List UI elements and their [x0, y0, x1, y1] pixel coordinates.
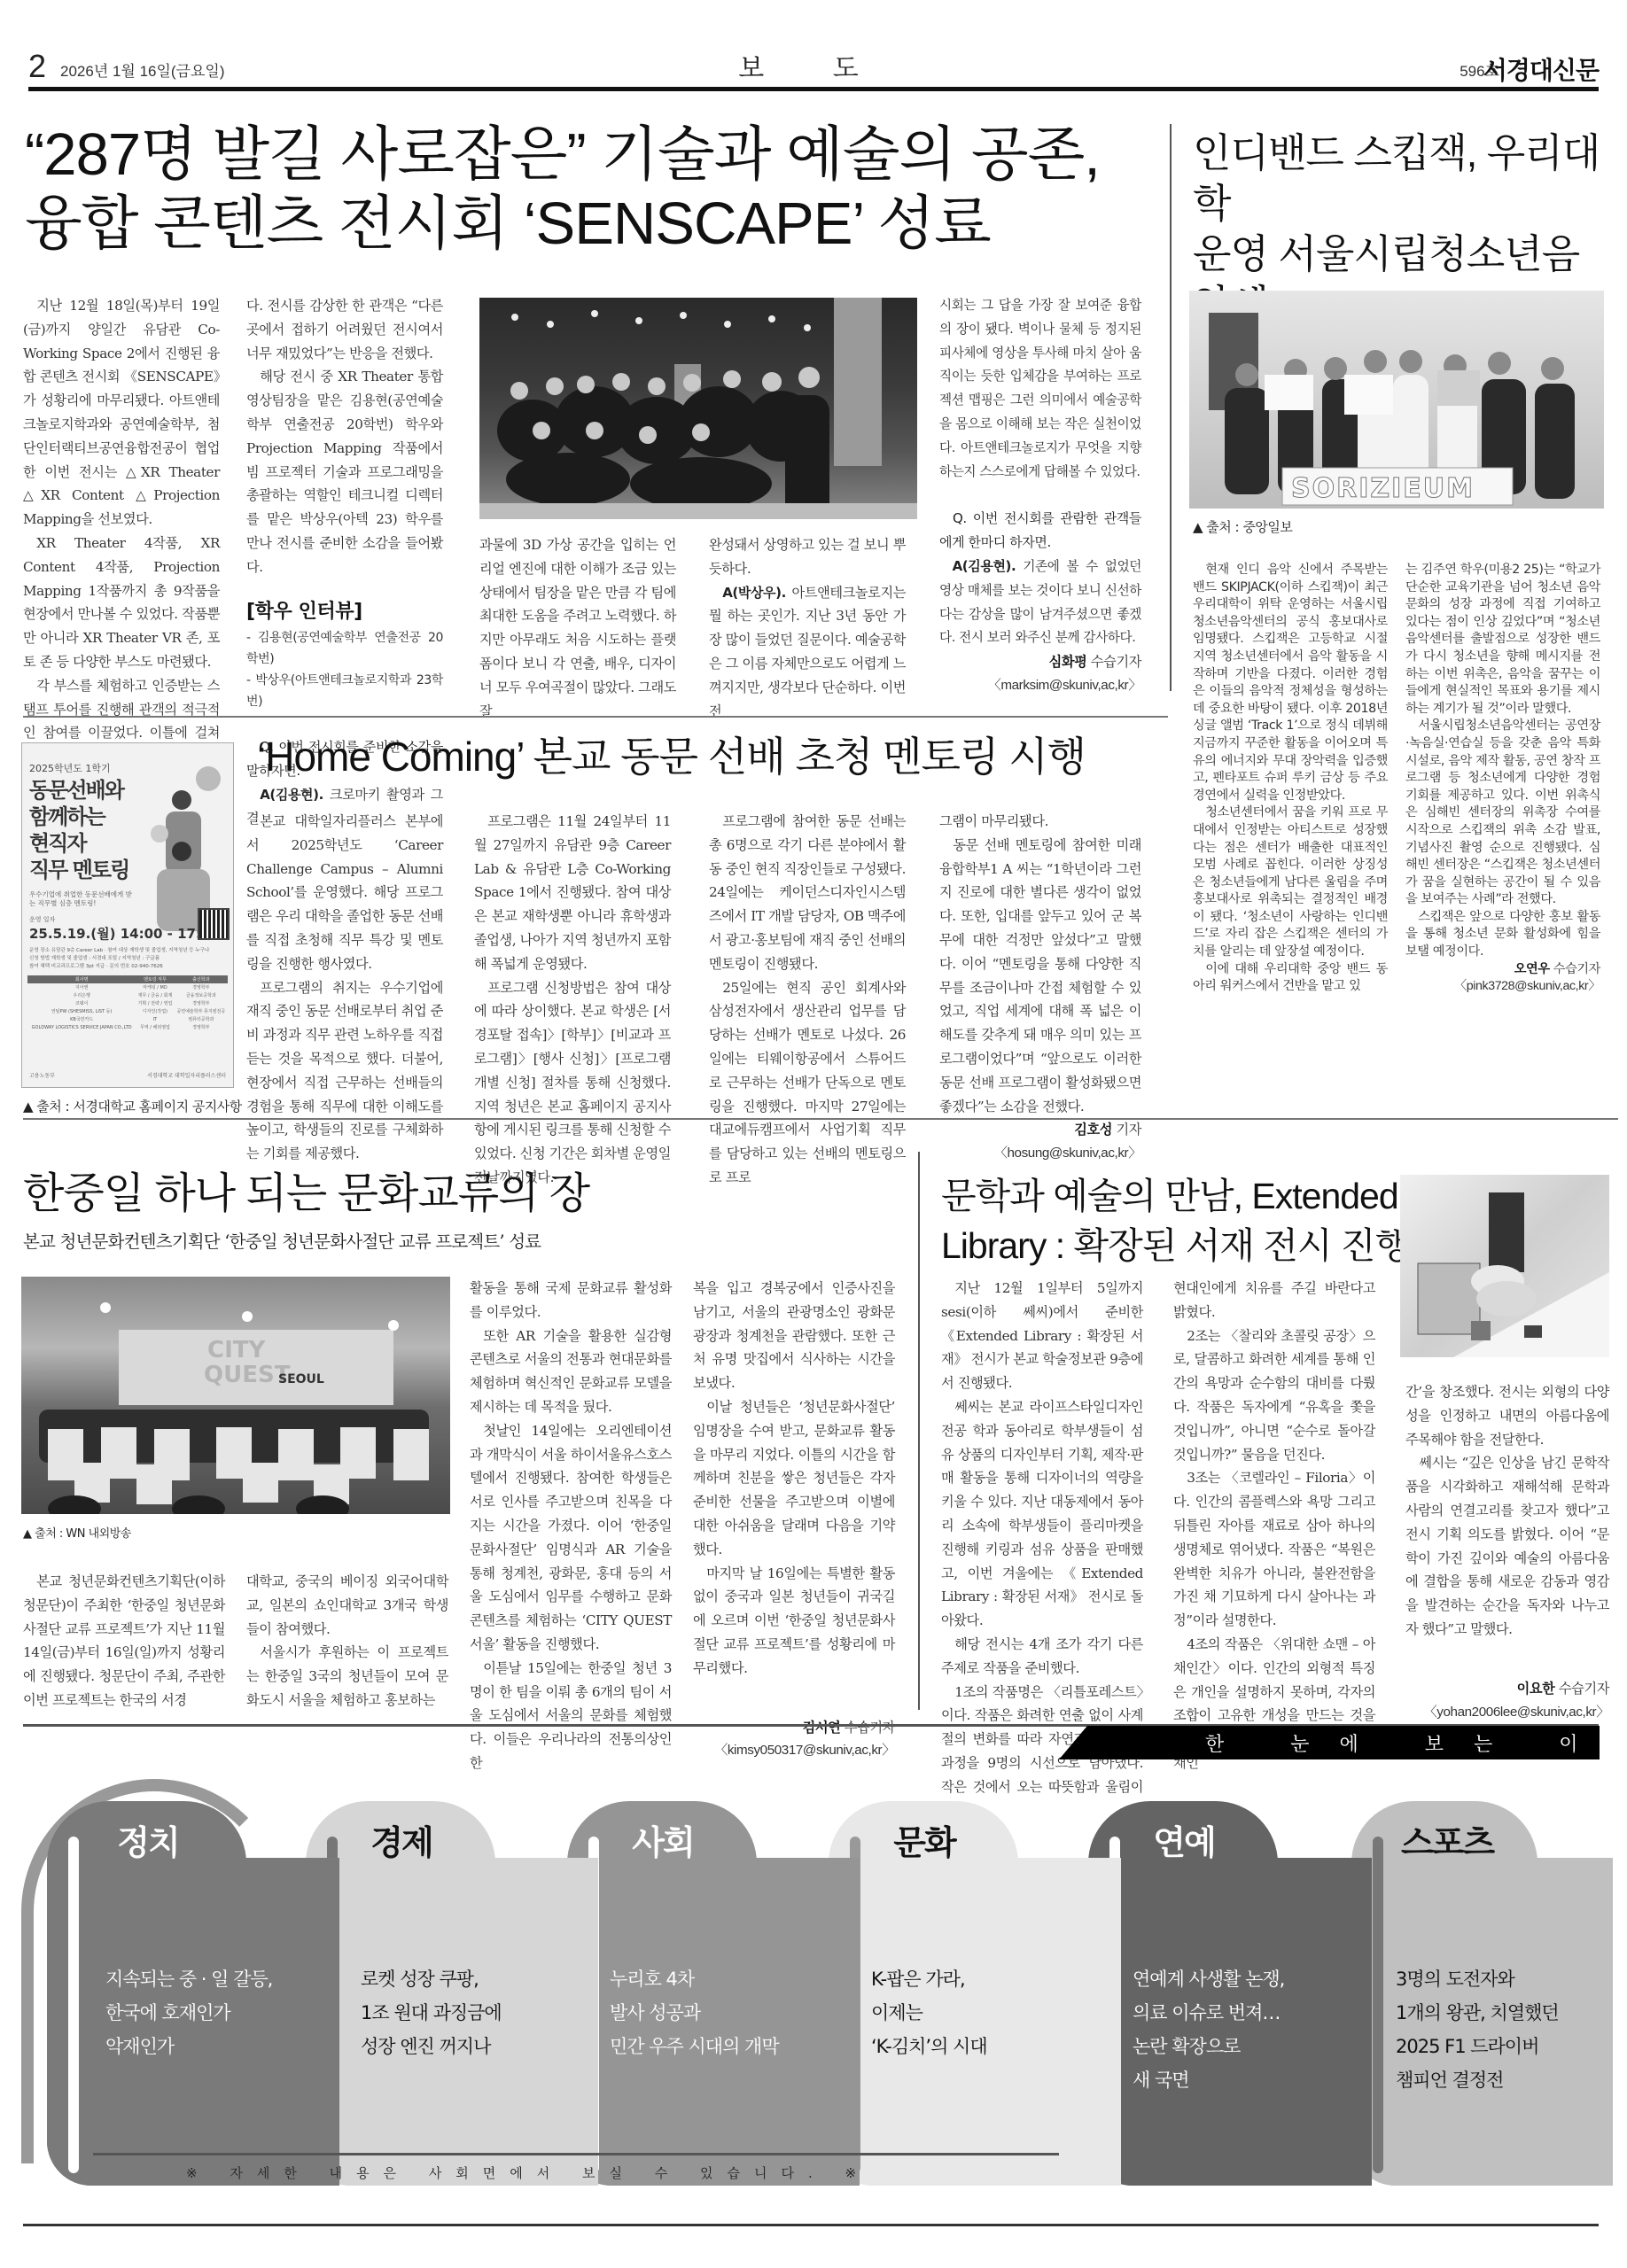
poster-title-line: 함께하는: [29, 804, 128, 830]
interviewee: - 김용현(공연예술학부 연출전공 20학번): [246, 627, 443, 670]
reporter-title: 수습기자: [1559, 1681, 1609, 1697]
paragraph: 과물에 3D 가상 공간을 입히는 언리얼 엔진에 대한 이해가 조금 있는 상…: [479, 533, 676, 723]
byline: 이요한 수습기자: [1405, 1677, 1609, 1701]
tab-headline-economy: 로켓 성장 쿠팡,1조 원대 과징금에성장 엔진 꺼지나: [361, 1962, 502, 2063]
paragraph: 지난 12월 18일(목)부터 19일(금)까지 양일간 유담관 Co-Work…: [23, 294, 220, 532]
answer-text: 아트앤테크놀로지는 뭘 하는 곳인가. 지난 3년 동안 가장 많이 들었던 질…: [709, 585, 906, 719]
hanjungil-col-2: 대학교, 중국의 베이징 외국어대학교, 일본의 쇼인대학교 3개국 학생들이 …: [246, 1570, 448, 1713]
byline: 심화평 수습기자: [939, 650, 1141, 674]
issue-tabs: 스포츠 3명의 도전자와1개의 왕관, 치열했던2025 F1 드라이버챔피언 …: [0, 1772, 1627, 2197]
photo-sign-city: CITY: [207, 1337, 265, 1363]
poster-info: 운영 장소 유담관 9층 Career Lab · 참여 대상 재학생 및 졸업…: [29, 947, 226, 971]
issues-banner-title-bar: 한 눈에 보는 이슈: [1059, 1726, 1600, 1759]
poster-footer-left: 고용노동부: [29, 1071, 55, 1079]
paragraph: 지난 12월 1일부터 5일까지 sesi(이하 쎄씨)에서 준비한 《Exte…: [941, 1277, 1143, 1395]
poster-title: 동문선배와 함께하는 현직자 직무 멘토링: [29, 777, 128, 883]
byline: 김호성 기자: [939, 1118, 1141, 1142]
hanjungil-col-1: 본교 청년문화컨텐츠기획단(이하 청문단)이 주최한 ‘한중일 청년문화사절단 …: [23, 1570, 225, 1713]
headline-line-1: 문학과 예술의 만남, Extended: [941, 1171, 1409, 1221]
issue-tab-society[interactable]: 사회 누리호 4차발사 성공과민간 우주 시대의 개막: [567, 1801, 860, 2186]
poster-company-table: 회사명멘토링 직무출신학과 지아앤마케팅 / MD경영학부 우리은행재무 / 금…: [27, 975, 228, 1031]
headline-line-2: Library : 확장된 서재 전시 진행: [941, 1221, 1409, 1270]
issue-tab-politics[interactable]: 정치 지속되는 중 · 일 갈등,한국에 호재인가악재인가: [47, 1801, 339, 2186]
tab-label-sports: 스포츠: [1358, 1815, 1536, 1864]
tab-headline-sports: 3명의 도전자와1개의 왕관, 치열했던2025 F1 드라이버챔피언 결정전: [1396, 1962, 1559, 2097]
poster-title-line: 동문선배와: [29, 777, 128, 804]
qr-code-icon: [198, 908, 230, 940]
tab-label-politics: 정치: [59, 1815, 237, 1864]
poster-footer-right: 서경대학교 대학일자리플러스센터: [147, 1071, 226, 1079]
paragraph: 동문 선배 멘토링에 참여한 미래융합학부1 A 씨는 “1학년이라 그런지 진…: [939, 834, 1141, 1119]
reporter-title: 수습기자: [845, 1720, 895, 1736]
page-bottom-rule: [23, 2224, 1599, 2226]
tab-headline-politics: 지속되는 중 · 일 갈등,한국에 호재인가악재인가: [105, 1962, 272, 2063]
paragraph: 프로그램은 11월 24일부터 11월 27일까지 유담관 9층 Career …: [474, 810, 671, 976]
tab-accent-bar: [68, 1837, 79, 2173]
table-row: GOLDWAY LOGISTICS SERVICE JAPAN CO.,LTD무…: [27, 1023, 228, 1031]
reporter-email[interactable]: 〈yohan2006lee@skuniv,ac,kr〉: [1405, 1701, 1609, 1725]
skipjack-photo-caption: ▲ 출처 : 중앙일보: [1193, 517, 1292, 536]
photo-sign-text: SORIZIEUM: [1291, 473, 1475, 504]
hanjungil-subheadline: 본교 청년문화컨텐츠기획단 ‘한중일 청년문화사절단 교류 프로젝트’ 성료: [23, 1228, 541, 1253]
hanjungil-photo-caption: ▲ 출처 : WN 내외방송: [23, 1524, 131, 1541]
interview-title: [학우 인터뷰]: [246, 601, 443, 625]
answer-label: A(김용현).: [953, 558, 1016, 574]
hanjungil-headline: 한중일 하나 되는 문화교류의 장: [23, 1169, 589, 1219]
tab-headline-entertainment: 연예계 사생활 논쟁,의료 이슈로 번져…논란 확장으로새 국면: [1133, 1962, 1284, 2097]
issue-tab-culture[interactable]: 문화 K-팝은 가라,이제는‘K-김치’의 시대: [829, 1801, 1121, 2186]
column-divider: [1170, 124, 1172, 691]
paragraph: 간’을 창조했다. 전시는 외형의 다양성을 인정하고 내면의 아름다움에 주목…: [1405, 1380, 1609, 1451]
question-2: Q. 이번 전시회를 관람한 관객들에게 한마디 하자면.: [939, 507, 1141, 555]
paragraph: 완성돼서 상영하고 있는 걸 보니 뿌듯하다.: [709, 533, 906, 581]
reporter-title: 기자: [1116, 1122, 1141, 1138]
table-header-row: 회사명멘토링 직무출신학과: [27, 975, 228, 983]
answer-label: A(박상우).: [722, 585, 786, 601]
senscape-col-5: 시회는 그 답을 가장 잘 보여준 융합의 장이 됐다. 벽이나 물체 등 정지…: [939, 294, 1141, 698]
banner-note-rule: [93, 2153, 1059, 2155]
byline: 오연우 수습기자: [1405, 961, 1600, 979]
paragraph: 현대인에게 치유를 주길 바란다고 밝혔다.: [1173, 1277, 1375, 1324]
senscape-col-4: 완성돼서 상영하고 있는 걸 보니 뿌듯하다. A(박상우). 아트앤테크놀로지…: [709, 533, 906, 723]
article-skipjack: 인디밴드 스킵잭, 우리대학 운영 서울시립청소년음악센 터 홍보대사 위촉 S…: [1184, 115, 1609, 1081]
homecoming-col-3: 프로그램에 참여한 동문 선배는 총 6명으로 각기 다른 분야에서 활동 중인…: [709, 810, 906, 1190]
issue-tab-entertainment[interactable]: 연예 연예계 사생활 논쟁,의료 이슈로 번져…논란 확장으로새 국면: [1088, 1801, 1372, 2186]
reporter-name: 이요한: [1517, 1681, 1555, 1697]
homecoming-col-2: 프로그램은 11월 24일부터 11월 27일까지 유담관 9층 Career …: [474, 810, 671, 1190]
tab-accent-bar: [1373, 1837, 1383, 2173]
hanjungil-col-4: 복을 입고 경복궁에서 인증사진을 남기고, 서울의 관광명소인 광화문 광장과…: [693, 1277, 895, 1763]
skipjack-col-2: 는 김주연 학우(미용2 25)는 “학교가 단순한 교육기관을 넘어 청소년 …: [1405, 562, 1600, 996]
reporter-name: 심화평: [1049, 654, 1087, 670]
paragraph: 복을 입고 경복궁에서 인증사진을 남기고, 서울의 관광명소인 광화문 광장과…: [693, 1277, 895, 1395]
poster-illustration: [146, 763, 228, 931]
skipjack-col-1: 현재 인디 음악 신에서 주목받는 밴드 SKIPJACK(이하 스킵잭)이 최…: [1193, 562, 1388, 996]
senscape-headline: “287명 발길 사로잡은” 기술과 예술의 공존, 융합 콘텐츠 전시회 ‘S…: [25, 120, 1100, 258]
reporter-email[interactable]: 〈pink3728@skuniv,ac,kr〉: [1405, 978, 1600, 996]
issues-banner-title: 한 눈에 보는 이슈: [1205, 1729, 1627, 1757]
exhibition-photo-illustration: [1400, 1175, 1609, 1357]
tab-headline-culture: K-팝은 가라,이제는‘K-김치’의 시대: [871, 1962, 987, 2063]
tab-label-culture: 문화: [836, 1815, 1013, 1864]
byline: 김서연 수습기자: [693, 1716, 895, 1740]
poster-subtitle: 우수기업에 취업한 동문선배에게 받는 직무별 심층 멘토링!: [29, 890, 136, 908]
poster-schedule: 25.5.19.(월) 14:00 - 17:00: [29, 924, 220, 943]
paragraph: 시회는 그 답을 가장 잘 보여준 융합의 장이 됐다. 벽이나 물체 등 정지…: [939, 294, 1141, 484]
paragraph: 2조는 〈찰리와 초콜릿 공장〉으로, 달콤하고 화려한 세계를 통해 인간의 …: [1173, 1324, 1375, 1467]
tab-label-entertainment: 연예: [1095, 1815, 1273, 1864]
hanjungil-photo-illustration: [21, 1277, 450, 1514]
issue-tab-sports[interactable]: 스포츠 3명의 도전자와1개의 왕관, 치열했던2025 F1 드라이버챔피언 …: [1351, 1801, 1613, 2186]
tab-label-economy: 경제: [313, 1815, 490, 1864]
reporter-name: 김서연: [803, 1720, 841, 1736]
paragraph: 본교 청년문화컨텐츠기획단(이하 청문단)이 주최한 ‘한중일 청년문화사절단 …: [23, 1570, 225, 1713]
paragraph: 이날 청년들은 ‘청년문화사절단’ 임명장을 수여 받고, 문화교류 활동을 마…: [693, 1395, 895, 1562]
reporter-name: 오연우: [1514, 962, 1550, 976]
paragraph: 첫날인 14일에는 오리엔테이션과 개막식이 서울 하이서울유스호스텔에서 진행…: [470, 1419, 672, 1657]
newspaper-logo: 서경대신문: [1483, 51, 1599, 87]
paragraph: 마지막 날 16일에는 특별한 활동 없이 중국과 일본 청년들이 귀국길에 오…: [693, 1562, 895, 1681]
table-row: 언틸PW (SHESMISS, LIST 등)디자인(작업)공연예술학부 뮤지컬…: [27, 1007, 228, 1015]
photo-sign-seoul: SEOUL: [278, 1372, 324, 1386]
tab-headline-society: 누리호 4차발사 성공과민간 우주 시대의 개막: [610, 1962, 779, 2063]
extended-library-col-2: 현대인에게 치유를 주길 바란다고 밝혔다. 2조는 〈찰리와 초콜릿 공장〉으…: [1173, 1277, 1375, 1775]
poster-title-line: 현직자: [29, 830, 128, 857]
poster-schedule-label: 운영 일자: [29, 915, 55, 924]
homecoming-headline: ‘Home Coming’ 본교 동문 선배 초청 멘토링 시행: [257, 734, 1086, 781]
paragraph: 또한 AR 기술을 활용한 실감형 콘텐츠로 서울의 전통과 현대문화를 체험하…: [470, 1324, 672, 1419]
reporter-title: 수습기자: [1553, 962, 1600, 976]
extended-library-photo: [1400, 1175, 1609, 1357]
article-homecoming: ‘Home Coming’ 본교 동문 선배 초청 멘토링 시행 2025학년도…: [0, 726, 1170, 1143]
section-rule: [23, 1118, 1618, 1120]
headline-line-1: “287명 발길 사로잡은” 기술과 예술의 공존,: [25, 120, 1100, 190]
poster-title-line: 직무 멘토링: [29, 857, 128, 883]
skipjack-photo: SORIZIEUM: [1189, 291, 1604, 509]
paragraph: 프로그램의 취지는 우수기업에 재직 중인 동문 선배로부터 취업 준비 과정과…: [246, 976, 443, 1166]
paragraph: 스킵잭은 앞으로 다양한 홍보 활동을 통해 청소년 문화 활성화에 힘을 보탤…: [1405, 909, 1600, 961]
homecoming-col-1: 본교 대학일자리플러스 본부에서 2025학년도 ‘Career Challen…: [246, 810, 443, 1166]
paragraph: 본교 대학일자리플러스 본부에서 2025학년도 ‘Career Challen…: [246, 810, 443, 976]
article-senscape: “287명 발길 사로잡은” 기술과 예술의 공존, 융합 콘텐츠 전시회 ‘S…: [0, 0, 1170, 709]
poster-semester: 2025학년도 1학기: [29, 761, 111, 775]
table-row: 지아앤마케팅 / MD경영학부: [27, 983, 228, 991]
paragraph: 서울시립청소년음악센터는 공연장·녹음실·연습실 등을 갖춘 음악 특화 시설로…: [1405, 718, 1600, 909]
headline-line: 인디밴드 스킵잭, 우리대학: [1193, 128, 1609, 229]
hanjungil-col-3: 활동을 통해 국제 문화교류 활성화를 이루었다. 또한 AR 기술을 활용한 …: [470, 1277, 672, 1775]
table-row: 우리은행재무 / 금융 / 회계금융정보공학과: [27, 991, 228, 999]
reporter-name: 김호성: [1074, 1122, 1112, 1138]
paragraph: 는 김주연 학우(미용2 25)는 “학교가 단순한 교육기관을 넘어 청소년 …: [1405, 562, 1600, 718]
article-extended-library: 문학과 예술의 만남, Extended Library : 확장된 서재 전시…: [922, 1152, 1627, 1736]
paragraph: 쎄씨는 본교 라이프스타일디자인전공 학과 동아리로 학부생들이 섬유 상품의 …: [941, 1395, 1143, 1633]
senscape-group-photo: [479, 298, 917, 519]
reporter-email[interactable]: 〈kimsy050317@skuniv,ac,kr〉: [693, 1739, 895, 1763]
extended-library-headline: 문학과 예술의 만남, Extended Library : 확장된 서재 전시…: [941, 1171, 1409, 1270]
table-row: 코웨이기획 / 전략 / 영업경영학부: [27, 999, 228, 1007]
homecoming-col-4: 그램이 마무리됐다. 동문 선배 멘토링에 참여한 미래융합학부1 A 씨는 “…: [939, 810, 1141, 1166]
paragraph: 활동을 통해 국제 문화교류 활성화를 이루었다.: [470, 1277, 672, 1324]
paragraph: 서울시가 후원하는 이 프로젝트는 한중일 3국의 청년들이 모여 문화도시 서…: [246, 1641, 448, 1712]
paragraph: 이튿날 15일에는 한중일 청년 3명이 한 팀을 이뤄 총 6개의 팀이 서울…: [470, 1657, 672, 1775]
paragraph: 현재 인디 음악 신에서 주목받는 밴드 SKIPJACK(이하 스킵잭)이 최…: [1193, 562, 1388, 804]
paragraph: 대학교, 중국의 베이징 외국어대학교, 일본의 쇼인대학교 3개국 학생들이 …: [246, 1570, 448, 1641]
column-divider: [918, 1152, 920, 1710]
paragraph: 해당 전시 중 XR Theater 통합 영상팀장을 맡은 김용현(공연예술학…: [246, 365, 443, 579]
paragraph: 이에 대해 우리대학 중앙 밴드 동아리 워커스에서 건반을 맡고 있: [1193, 961, 1388, 996]
section-rule: [23, 716, 1168, 718]
paragraph: 다. 전시를 감상한 한 관객은 “다른 곳에서 접하기 어려웠던 전시여서 너…: [246, 294, 443, 365]
paragraph: 프로그램에 참여한 동문 선배는 총 6명으로 각기 다른 분야에서 활동 중인…: [709, 810, 906, 976]
senscape-col-1: 지난 12월 18일(목)부터 19일(금)까지 양일간 유담관 Co-Work…: [23, 294, 220, 793]
paragraph: 그램이 마무리됐다.: [939, 810, 1141, 834]
headline-line-2: 융합 콘텐츠 전시회 ‘SENSCAPE’ 성료: [25, 190, 1100, 259]
poster-caption: ▲ 출처 : 서경대학교 홈페이지 공지사항: [23, 1097, 242, 1115]
mentoring-poster: 2025학년도 1학기 동문선배와 함께하는 현직자 직무 멘토링 우수기업에 …: [21, 742, 234, 1088]
article-hanjungil: 한중일 하나 되는 문화교류의 장 본교 청년문화컨텐츠기획단 ‘한중일 청년문…: [0, 1152, 922, 1736]
photo-sign-quest: QUEST: [204, 1362, 290, 1388]
paragraph: 쎄시는 “깊은 인상을 남긴 문학작품을 시각화하고 재해석해 문학과 사람의 …: [1405, 1451, 1609, 1641]
reporter-email[interactable]: 〈marksim@skuniv,ac,kr〉: [939, 674, 1141, 698]
group-photo-illustration: [479, 298, 917, 519]
paragraph: 해당 전시는 4개 조가 각기 다른 주제로 작품을 준비했다.: [941, 1633, 1143, 1681]
banner-footer-note: ※ 자세한 내용은 사회면에서 보실 수 있습니다. ※: [186, 2163, 870, 2182]
hanjungil-photo: CITY QUEST SEOUL: [21, 1277, 450, 1514]
interviewee: - 박상우(아트앤테크놀로지학과 23학번): [246, 670, 443, 712]
issue-tab-economy[interactable]: 경제 로켓 성장 쿠팡,1조 원대 과징금에성장 엔진 꺼지나: [306, 1801, 598, 2186]
table-row: KB국민카드IT컴퓨터공학과: [27, 1015, 228, 1023]
reporter-title: 수습기자: [1091, 654, 1141, 670]
paragraph: 청소년센터에서 꿈을 키워 프로 무대에서 인정받는 아티스트로 성장했다는 점…: [1193, 804, 1388, 960]
paragraph: 3조는 〈코렐라인 – Filoria〉이다. 인간의 콤플렉스와 욕망 그리고…: [1173, 1466, 1375, 1633]
senscape-col-3: 과물에 3D 가상 공간을 입히는 언리얼 엔진에 대한 이해가 조금 있는 상…: [479, 533, 676, 723]
extended-library-col-3: 간’을 창조했다. 전시는 외형의 다양성을 인정하고 내면의 아름다움에 주목…: [1405, 1380, 1609, 1724]
paragraph: XR Theater 4작품, XR Content 4작품, Projecti…: [23, 532, 220, 674]
tab-label-society: 사회: [574, 1815, 751, 1864]
